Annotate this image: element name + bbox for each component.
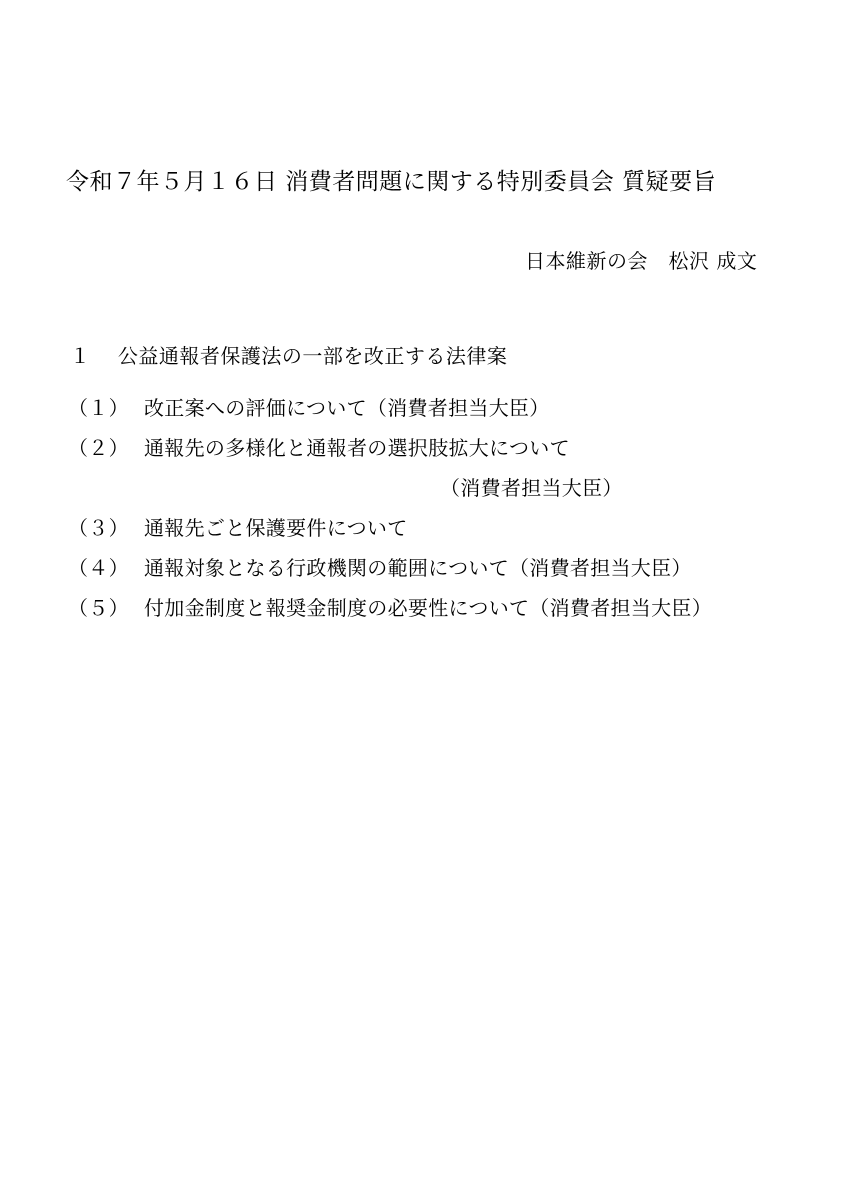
item-text: 通報対象となる行政機関の範囲について（消費者担当大臣） (144, 552, 692, 581)
item-text: 通報先の多様化と通報者の選択肢拡大について (144, 432, 570, 461)
list-item: （５）付加金制度と報奨金制度の必要性について（消費者担当大臣） (68, 592, 712, 621)
section-heading: １ 公益通報者保護法の一部を改正する法律案 (70, 340, 507, 369)
document-title: 令和７年５月１６日 消費者問題に関する特別委員会 質疑要旨 (66, 163, 786, 196)
item-number: （４） (68, 552, 144, 581)
item-continuation: （消費者担当大臣） (440, 472, 623, 501)
item-number: （５） (68, 592, 144, 621)
item-text: 付加金制度と報奨金制度の必要性について（消費者担当大臣） (144, 592, 712, 621)
item-number: （３） (68, 512, 144, 541)
item-number: （２） (68, 432, 144, 461)
section-title: 公益通報者保護法の一部を改正する法律案 (118, 344, 508, 368)
list-item: （２）通報先の多様化と通報者の選択肢拡大について (68, 432, 570, 461)
list-item: （４）通報対象となる行政機関の範囲について（消費者担当大臣） (68, 552, 692, 581)
item-text: 改正案への評価について（消費者担当大臣） (144, 392, 550, 421)
item-text: 通報先ごと保護要件について (144, 512, 408, 541)
item-number: （１） (68, 392, 144, 421)
author-line: 日本維新の会 松沢 成文 (525, 245, 757, 274)
list-item: （１）改正案への評価について（消費者担当大臣） (68, 392, 550, 421)
document-page: 令和７年５月１６日 消費者問題に関する特別委員会 質疑要旨 日本維新の会 松沢 … (0, 0, 849, 1200)
list-item: （３）通報先ごと保護要件について (68, 512, 408, 541)
section-number: １ (70, 344, 91, 368)
